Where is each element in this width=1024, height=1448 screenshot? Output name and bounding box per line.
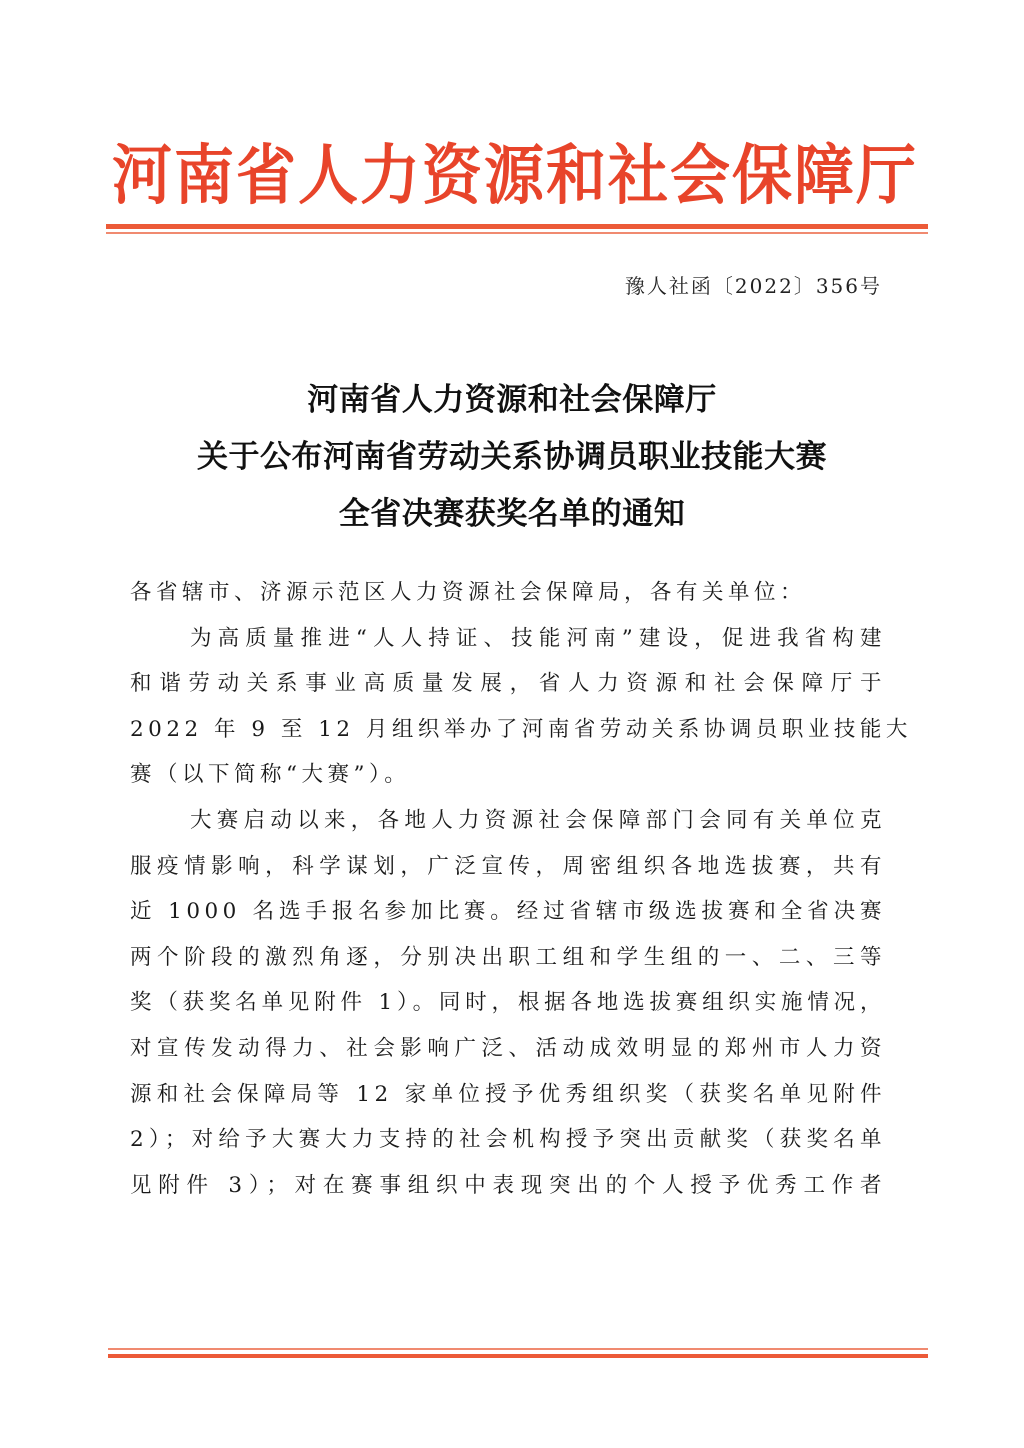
- title-line-3: 全省决赛获奖名单的通知: [100, 486, 924, 543]
- letterhead-title: 河南省人力资源和社会保障厅: [100, 137, 930, 215]
- footer-rule-thick: [108, 1354, 928, 1358]
- paragraph-1-line-2: 和谐劳动关系事业高质量发展，省人力资源和社会保障厅于: [130, 661, 886, 707]
- paragraph-2-line-1: 大赛启动以来，各地人力资源社会保障部门会同有关单位克: [130, 798, 886, 844]
- letterhead-rule-thick: [106, 224, 928, 229]
- title-line-1: 河南省人力资源和社会保障厅: [100, 372, 924, 429]
- paragraph-2-line-3: 近 1000 名选手报名参加比赛。经过省辖市级选拔赛和全省决赛: [130, 889, 886, 935]
- letterhead-rule-thin: [106, 232, 928, 234]
- paragraph-1-line-1: 为高质量推进“人人持证、技能河南”建设，促进我省构建: [130, 616, 886, 662]
- paragraph-2-line-4: 两个阶段的激烈角逐，分别决出职工组和学生组的一、二、三等: [130, 935, 886, 981]
- paragraph-2-line-7: 源和社会保障局等 12 家单位授予优秀组织奖（获奖名单见附件: [130, 1072, 886, 1118]
- document-number: 豫人社函〔2022〕356号: [625, 270, 882, 299]
- footer-rule-thin: [108, 1348, 928, 1350]
- document-body: 各省辖市、济源示范区人力资源社会保障局，各有关单位： 为高质量推进“人人持证、技…: [130, 570, 886, 1208]
- paragraph-2-line-8: 2）；对给予大赛大力支持的社会机构授予突出贡献奖（获奖名单: [130, 1117, 886, 1163]
- paragraph-1-line-4: 赛（以下简称“大赛”）。: [130, 752, 886, 798]
- paragraph-2-line-6: 对宣传发动得力、社会影响广泛、活动成效明显的郑州市人力资: [130, 1026, 886, 1072]
- title-line-2: 关于公布河南省劳动关系协调员职业技能大赛: [100, 429, 924, 486]
- paragraph-1-line-3: 2022 年 9 至 12 月组织举办了河南省劳动关系协调员职业技能大: [130, 707, 886, 753]
- paragraph-2-line-9: 见附件 3）；对在赛事组织中表现突出的个人授予优秀工作者: [130, 1163, 886, 1209]
- document-title: 河南省人力资源和社会保障厅 关于公布河南省劳动关系协调员职业技能大赛 全省决赛获…: [100, 372, 924, 543]
- paragraph-2-line-2: 服疫情影响，科学谋划，广泛宣传，周密组织各地选拔赛，共有: [130, 844, 886, 890]
- salutation: 各省辖市、济源示范区人力资源社会保障局，各有关单位：: [130, 570, 886, 616]
- paragraph-2-line-5: 奖（获奖名单见附件 1）。同时，根据各地选拔赛组织实施情况，: [130, 980, 886, 1026]
